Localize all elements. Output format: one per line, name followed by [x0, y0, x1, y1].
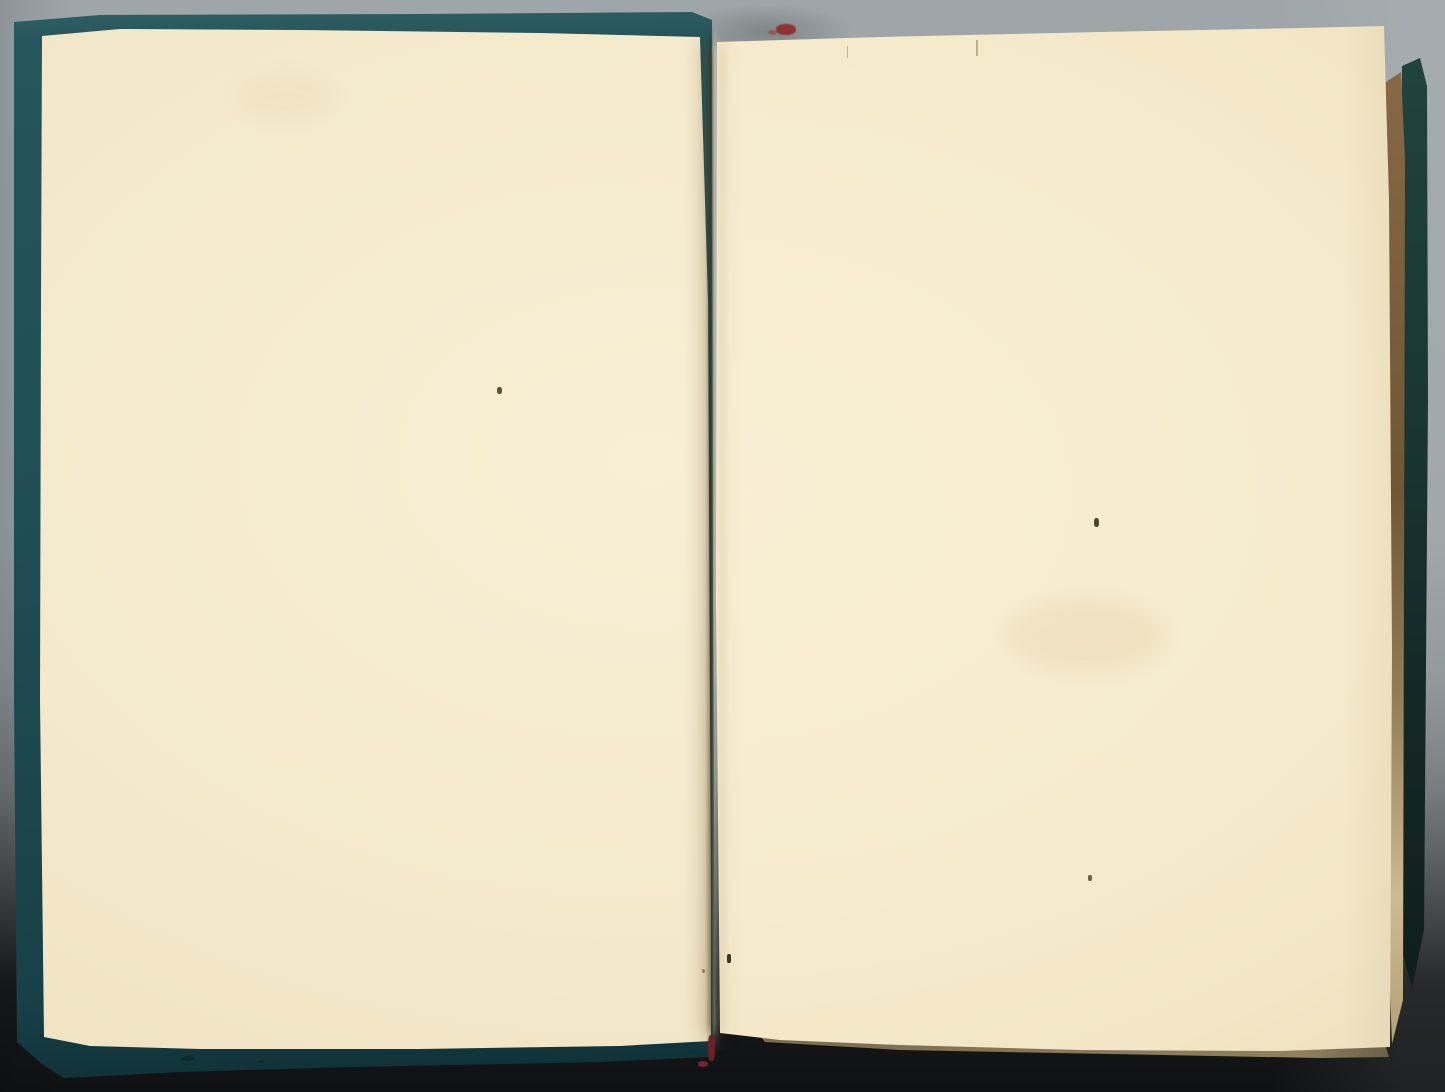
hairline-right-page-top-2 [976, 40, 978, 56]
headband-bottom-red [708, 1035, 715, 1061]
headband-bottom-red-2 [698, 1061, 708, 1067]
cover-bottom-speck-2 [258, 1060, 265, 1063]
specks-layer [0, 0, 1445, 1092]
book-scan-photo [0, 0, 1445, 1092]
cover-bottom-speck-1 [182, 1056, 194, 1061]
foxing-dot-right-page-upper [1094, 518, 1099, 527]
smudge-left-page-top [235, 72, 335, 122]
gutter-dot [702, 969, 705, 973]
headband-top-red [776, 24, 796, 35]
foxing-dot-right-page-lower [1088, 875, 1092, 881]
smudge-right-page [1005, 598, 1165, 673]
gutter-dash [727, 954, 731, 963]
headband-top-red-2 [768, 30, 777, 35]
hairline-right-page-top-1 [847, 46, 848, 58]
foxing-dot-left-page [497, 387, 502, 394]
